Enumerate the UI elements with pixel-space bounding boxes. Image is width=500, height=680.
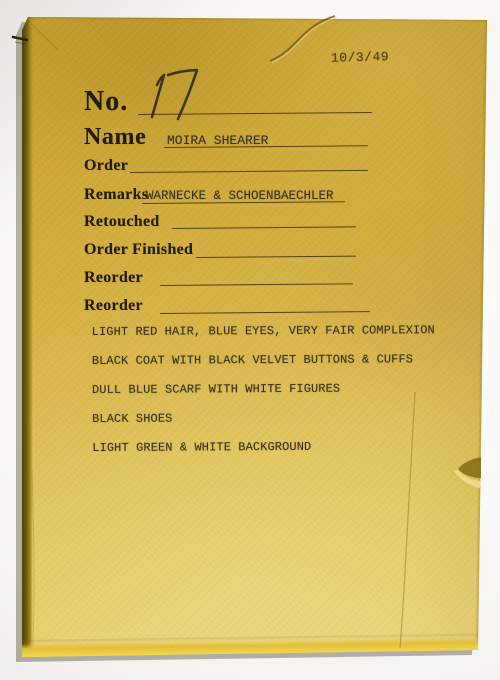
field-label-order-finished: Order Finished (84, 242, 193, 258)
field-label-name: Name (84, 125, 146, 149)
negative-envelope: 10/3/49 No. 17 Name MOIRA SHEARER Order … (0, 0, 500, 680)
field-label-no: No. (84, 88, 128, 116)
typed-note-line: BLACK COAT WITH BLACK VELVET BUTTONS & C… (92, 352, 472, 383)
field-label-reorder-2: Reorder (84, 298, 143, 314)
left-spine-edge (22, 16, 33, 658)
name-value: MOIRA SHEARER (167, 134, 268, 147)
typed-note-line: LIGHT RED HAIR, BLUE EYES, VERY FAIR COM… (92, 323, 472, 354)
field-label-retouched: Retouched (84, 214, 160, 230)
handwritten-number-strokes (140, 64, 204, 122)
typed-note-line: LIGHT GREEN & WHITE BACKGROUND (92, 439, 472, 470)
date-stamp: 10/3/49 (331, 49, 389, 66)
typed-note-line: BLACK SHOES (92, 410, 472, 441)
field-label-order: Order (84, 158, 128, 174)
handwritten-number: 17 (140, 64, 204, 122)
typed-notes-block: LIGHT RED HAIR, BLUE EYES, VERY FAIR COM… (92, 323, 473, 470)
field-label-reorder-1: Reorder (84, 270, 143, 286)
photo-backdrop: 10/3/49 No. 17 Name MOIRA SHEARER Order … (0, 0, 500, 680)
field-label-remarks: Remarks (84, 187, 148, 203)
typed-note-line: DULL BLUE SCARF WITH WHITE FIGURES (92, 381, 472, 412)
